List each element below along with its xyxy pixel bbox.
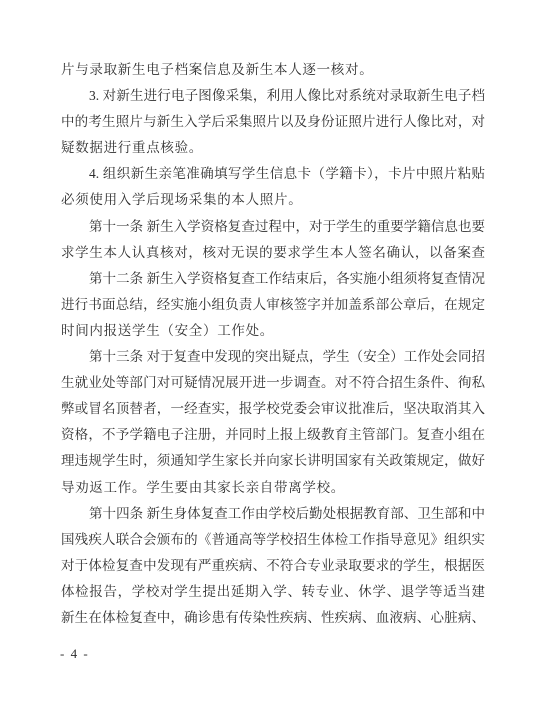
text-line: 对于体检复查中发现有严重疾病、不符合专业录取要求的学生，根据医院 (61, 553, 485, 579)
text-line: 第十三条 对于复查中发现的突出疑点，学生（安全）工作处会同招 (61, 344, 485, 370)
text-line: 资格，不予学籍电子注册，并同时上报上级教育主管部门。复查小组在处 (61, 422, 485, 448)
document-page: 片与录取新生电子档案信息及新生本人逐一核对。3. 对新生进行电子图像采集，利用人… (0, 0, 533, 706)
text-line: 生就业处等部门对可疑情况展开进一步调查。对不符合招生条件、徇私舞 (61, 370, 485, 396)
text-line: 3. 对新生进行电子图像采集，利用人像比对系统对录取新生电子档案 (61, 83, 485, 109)
text-line: 中的考生照片与新生入学后采集照片以及身份证照片进行人像比对，对存 (61, 109, 485, 135)
page-number: - 4 - (60, 645, 89, 663)
text-line: 第十四条 新生身体复查工作由学校后勤处根据教育部、卫生部和中 (61, 501, 485, 527)
text-line: 第十二条 新生入学资格复查工作结束后，各实施小组须将复查情况 (61, 266, 485, 292)
text-line: 时间内报送学生（安全）工作处。 (61, 318, 485, 344)
text-line: 4. 组织新生亲笔准确填写学生信息卡（学籍卡），卡片中照片粘贴处 (61, 161, 485, 187)
text-line: 理违规学生时，须通知学生家长并向家长讲明国家有关政策规定，做好疏 (61, 448, 485, 474)
text-line: 求学生本人认真核对，核对无误的要求学生本人签名确认，以备案查用。 (61, 240, 485, 266)
document-body: 片与录取新生电子档案信息及新生本人逐一核对。3. 对新生进行电子图像采集，利用人… (61, 57, 485, 631)
text-line: 国残疾人联合会颁布的《普通高等学校招生体检工作指导意见》组织实施， (61, 527, 485, 553)
text-line: 体检报告，学校对学生提出延期入学、转专业、休学、退学等适当建议。 (61, 579, 485, 605)
text-line: 第十一条 新生入学资格复查过程中，对于学生的重要学籍信息也要 (61, 214, 485, 240)
text-line: 弊或冒名顶替者，一经查实，报学校党委会审议批准后，坚决取消其入学 (61, 396, 485, 422)
text-line: 片与录取新生电子档案信息及新生本人逐一核对。 (61, 57, 485, 83)
text-line: 进行书面总结，经实施小组负责人审核签字并加盖系部公章后，在规定的 (61, 292, 485, 318)
text-line: 导劝返工作。学生要由其家长亲自带离学校。 (61, 475, 485, 501)
text-line: 新生在体检复查中，确诊患有传染性疾病、性疾病、血液病、心脏病、高 (61, 605, 485, 631)
text-line: 疑数据进行重点核验。 (61, 135, 485, 161)
text-line: 必须使用入学后现场采集的本人照片。 (61, 187, 485, 213)
